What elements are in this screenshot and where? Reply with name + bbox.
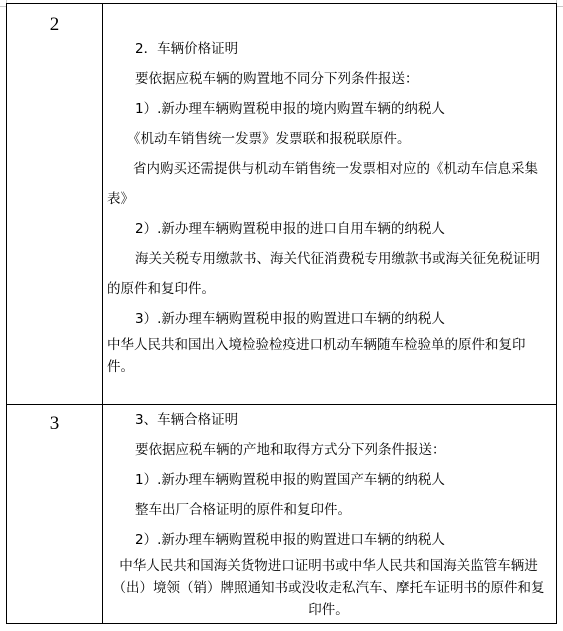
page-corner-mark — [556, 0, 563, 7]
item-text: 海关关税专用缴款书、海关代征消费税专用缴款书或海关征免税证明的原件和复印件。 — [103, 244, 550, 304]
row-content-cell: 3、车辆合格证明 要依据应税车辆的产地和取得方式分下列条件报送： 1）.新办理车… — [103, 405, 557, 624]
item-label: 2）.新办理车辆购置税申报的进口自用车辆的纳税人 — [103, 214, 550, 244]
section-heading: 3、车辆合格证明 — [103, 405, 550, 435]
item-text: 《机动车销售统一发票》发票联和报税联原件。 — [103, 124, 550, 154]
item-text: 省内购买还需提供与机动车销售统一发票相对应的《机动车信息采集表》 — [103, 154, 550, 214]
item-label: 2）.新办理车辆购置税申报的购置进口车辆的纳税人 — [103, 525, 550, 555]
row-content-cell: 2．车辆价格证明 要依据应税车辆的购置地不同分下列条件报送： 1）.新办理车辆购… — [103, 4, 557, 405]
item-text: 中华人民共和国出入境检验检疫进口机动车辆随车检验单的原件和复印件。 — [103, 334, 550, 378]
table-row: 2 2．车辆价格证明 要依据应税车辆的购置地不同分下列条件报送： 1）.新办理车… — [7, 4, 557, 405]
item-text: 中华人民共和国海关货物进口证明书或中华人民共和国海关监管车辆进（出）境领（销）牌… — [103, 555, 550, 621]
row-number-cell: 2 — [7, 4, 103, 405]
item-label: 1）.新办理车辆购置税申报的购置国产车辆的纳税人 — [103, 465, 550, 495]
row-number: 2 — [7, 14, 102, 36]
section-intro: 要依据应税车辆的购置地不同分下列条件报送： — [103, 64, 550, 94]
item-label: 1）.新办理车辆购置税申报的境内购置车辆的纳税人 — [103, 94, 550, 124]
table-row: 3 3、车辆合格证明 要依据应税车辆的产地和取得方式分下列条件报送： 1）.新办… — [7, 405, 557, 624]
section-heading: 2．车辆价格证明 — [103, 34, 550, 64]
row-number-cell: 3 — [7, 405, 103, 624]
item-text: 整车出厂合格证明的原件和复印件。 — [103, 495, 550, 525]
requirements-table: 2 2．车辆价格证明 要依据应税车辆的购置地不同分下列条件报送： 1）.新办理车… — [6, 3, 557, 624]
row-number: 3 — [7, 413, 102, 435]
item-label: 3）.新办理车辆购置税申报的购置进口车辆的纳税人 — [103, 304, 550, 334]
section-intro: 要依据应税车辆的产地和取得方式分下列条件报送： — [103, 435, 550, 465]
